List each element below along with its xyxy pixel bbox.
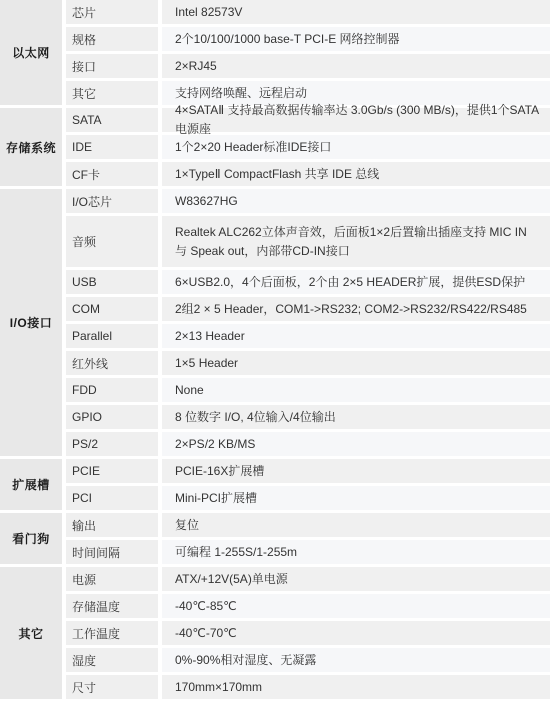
spec-value: 2组2 × 5 Header，COM1->RS232; COM2->RS232/… — [162, 297, 550, 321]
section-ethernet: 以太网 芯片 Intel 82573V 规格 2个10/100/1000 bas… — [0, 0, 550, 105]
section-expansion: 扩展槽 PCIE PCIE-16X扩展槽 PCI Mini-PCI扩展槽 — [0, 459, 550, 510]
spec-label: 音频 — [66, 216, 158, 267]
table-row: USB 6×USB2.0，4个后面板，2个由 2×5 HEADER扩展，提供ES… — [66, 270, 550, 294]
spec-value: 可编程 1-255S/1-255m — [162, 540, 550, 564]
section-rows: 电源 ATX/+12V(5A)单电源 存储温度 -40℃-85℃ 工作温度 -4… — [66, 567, 550, 699]
spec-label: PCI — [66, 486, 158, 510]
spec-value: 4×SATAⅡ 支持最高数据传输率达 3.0Gb/s (300 MB/s)，提供… — [162, 108, 550, 132]
spec-value: 2×PS/2 KB/MS — [162, 432, 550, 456]
table-row: 芯片 Intel 82573V — [66, 0, 550, 24]
category-cell-expansion: 扩展槽 — [0, 459, 62, 510]
table-row: 规格 2个10/100/1000 base-T PCI-E 网络控制器 — [66, 27, 550, 51]
category-cell-storage: 存储系统 — [0, 108, 62, 186]
table-row: PS/2 2×PS/2 KB/MS — [66, 432, 550, 456]
spec-value: 6×USB2.0，4个后面板，2个由 2×5 HEADER扩展，提供ESD保护 — [162, 270, 550, 294]
section-rows: 芯片 Intel 82573V 规格 2个10/100/1000 base-T … — [66, 0, 550, 105]
spec-value: 170mm×170mm — [162, 675, 550, 699]
spec-label: I/O芯片 — [66, 189, 158, 213]
section-rows: 输出 复位 时间间隔 可编程 1-255S/1-255m — [66, 513, 550, 564]
table-row: 存储温度 -40℃-85℃ — [66, 594, 550, 618]
table-row: IDE 1个2×20 Header标准IDE接口 — [66, 135, 550, 159]
table-row: 湿度 0%-90%相对湿度、无凝露 — [66, 648, 550, 672]
spec-value: 复位 — [162, 513, 550, 537]
spec-value: 8 位数字 I/O, 4位输入/4位输出 — [162, 405, 550, 429]
spec-table: 以太网 芯片 Intel 82573V 规格 2个10/100/1000 bas… — [0, 0, 550, 699]
spec-value: -40℃-85℃ — [162, 594, 550, 618]
spec-value: -40℃-70℃ — [162, 621, 550, 645]
category-cell-io: I/O接口 — [0, 189, 62, 456]
spec-value: Realtek ALC262立体声音效，后面板1×2后置输出插座支持 MIC I… — [162, 216, 550, 267]
table-row: CF卡 1×TypeⅡ CompactFlash 共享 IDE 总线 — [66, 162, 550, 186]
section-rows: SATA 4×SATAⅡ 支持最高数据传输率达 3.0Gb/s (300 MB/… — [66, 108, 550, 186]
table-row: 输出 复位 — [66, 513, 550, 537]
table-row: COM 2组2 × 5 Header，COM1->RS232; COM2->RS… — [66, 297, 550, 321]
table-row: I/O芯片 W83627HG — [66, 189, 550, 213]
spec-label: PS/2 — [66, 432, 158, 456]
spec-label: IDE — [66, 135, 158, 159]
spec-value: 0%-90%相对湿度、无凝露 — [162, 648, 550, 672]
spec-value: 1×TypeⅡ CompactFlash 共享 IDE 总线 — [162, 162, 550, 186]
spec-value: 1×5 Header — [162, 351, 550, 375]
table-row: PCIE PCIE-16X扩展槽 — [66, 459, 550, 483]
table-row: 时间间隔 可编程 1-255S/1-255m — [66, 540, 550, 564]
section-others: 其它 电源 ATX/+12V(5A)单电源 存储温度 -40℃-85℃ 工作温度… — [0, 567, 550, 699]
spec-label: 工作温度 — [66, 621, 158, 645]
table-row: Parallel 2×13 Header — [66, 324, 550, 348]
spec-label: 电源 — [66, 567, 158, 591]
table-row: 红外线 1×5 Header — [66, 351, 550, 375]
spec-value: None — [162, 378, 550, 402]
spec-label: CF卡 — [66, 162, 158, 186]
section-rows: I/O芯片 W83627HG 音频 Realtek ALC262立体声音效，后面… — [66, 189, 550, 456]
section-rows: PCIE PCIE-16X扩展槽 PCI Mini-PCI扩展槽 — [66, 459, 550, 510]
category-cell-others: 其它 — [0, 567, 62, 699]
spec-value: Mini-PCI扩展槽 — [162, 486, 550, 510]
spec-label: 其它 — [66, 81, 158, 105]
spec-value: 1个2×20 Header标准IDE接口 — [162, 135, 550, 159]
spec-label: 时间间隔 — [66, 540, 158, 564]
spec-label: SATA — [66, 108, 158, 132]
category-cell-watchdog: 看门狗 — [0, 513, 62, 564]
table-row: SATA 4×SATAⅡ 支持最高数据传输率达 3.0Gb/s (300 MB/… — [66, 108, 550, 132]
spec-label: 规格 — [66, 27, 158, 51]
spec-label: COM — [66, 297, 158, 321]
spec-label: 红外线 — [66, 351, 158, 375]
spec-value: ATX/+12V(5A)单电源 — [162, 567, 550, 591]
spec-label: FDD — [66, 378, 158, 402]
spec-value: 2×13 Header — [162, 324, 550, 348]
table-row: 工作温度 -40℃-70℃ — [66, 621, 550, 645]
spec-label: 接口 — [66, 54, 158, 78]
section-storage: 存储系统 SATA 4×SATAⅡ 支持最高数据传输率达 3.0Gb/s (30… — [0, 108, 550, 186]
table-row: 音频 Realtek ALC262立体声音效，后面板1×2后置输出插座支持 MI… — [66, 216, 550, 267]
spec-label: GPIO — [66, 405, 158, 429]
table-row: 电源 ATX/+12V(5A)单电源 — [66, 567, 550, 591]
table-row: 接口 2×RJ45 — [66, 54, 550, 78]
table-row: GPIO 8 位数字 I/O, 4位输入/4位输出 — [66, 405, 550, 429]
table-row: PCI Mini-PCI扩展槽 — [66, 486, 550, 510]
spec-label: 存储温度 — [66, 594, 158, 618]
table-row: 尺寸 170mm×170mm — [66, 675, 550, 699]
spec-value: 2×RJ45 — [162, 54, 550, 78]
spec-label: Parallel — [66, 324, 158, 348]
section-io: I/O接口 I/O芯片 W83627HG 音频 Realtek ALC262立体… — [0, 189, 550, 456]
spec-label: 湿度 — [66, 648, 158, 672]
category-cell-ethernet: 以太网 — [0, 0, 62, 105]
spec-label: USB — [66, 270, 158, 294]
spec-label: PCIE — [66, 459, 158, 483]
spec-label: 尺寸 — [66, 675, 158, 699]
spec-value: W83627HG — [162, 189, 550, 213]
spec-value: 2个10/100/1000 base-T PCI-E 网络控制器 — [162, 27, 550, 51]
section-watchdog: 看门狗 输出 复位 时间间隔 可编程 1-255S/1-255m — [0, 513, 550, 564]
table-row: FDD None — [66, 378, 550, 402]
spec-label: 输出 — [66, 513, 158, 537]
spec-value: Intel 82573V — [162, 0, 550, 24]
spec-label: 芯片 — [66, 0, 158, 24]
spec-value: PCIE-16X扩展槽 — [162, 459, 550, 483]
